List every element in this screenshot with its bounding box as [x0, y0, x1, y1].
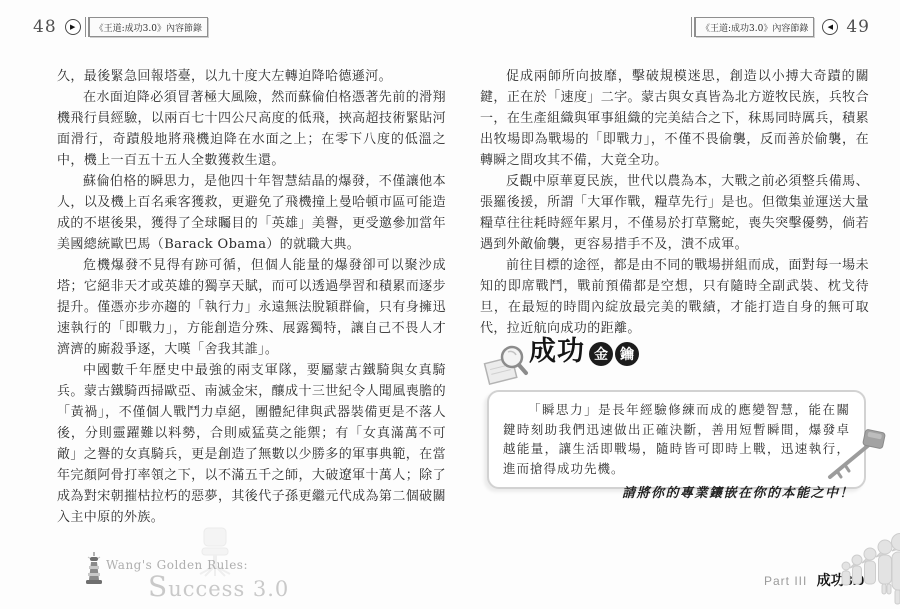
paragraph: 前往目標的途徑，都是由不同的戰場拼組而成，面對每一場未知的即席戰鬥，戰前預備都是…	[480, 255, 869, 339]
play-glyph: ▶	[70, 24, 75, 31]
part-label: Part III	[764, 574, 807, 588]
paragraph: 在水面迫降必須冒著極大風險，然而蘇倫伯格憑著先前的滑翔機飛行員經驗，以兩百七十四…	[57, 87, 446, 171]
header-badge-right: 《王道:成功3.0》內容節錄	[695, 17, 814, 37]
next-page-icon: ▶	[65, 19, 81, 35]
page-number-right: 49	[846, 17, 870, 37]
paragraph: 蘇倫伯格的瞬思力，是他四十年智慧結晶的爆發，不僅讓他本人，以及機上百名乘客獲救，…	[57, 171, 446, 255]
paragraph: 中國數千年歷史中最強的兩支軍隊，要屬蒙古鐵騎與女真騎兵。蒙古鐵騎西掃歐亞、南滅金…	[57, 360, 446, 528]
heading-circle-char-2: 鑰	[615, 342, 639, 366]
success-key-box: 「瞬思力」是長年經驗修練而成的應變智慧，能在關鍵時刻助我們迅速做出正確決斷，善用…	[487, 390, 866, 489]
lighthouse-icon	[84, 552, 104, 592]
paragraph: 促成兩師所向披靡，擊破規模迷思，創造以小搏大奇蹟的關鍵，正在於「速度」二字。蒙古…	[480, 66, 869, 171]
brand-footer: Wang's Golden Rules: Success 3.0	[84, 548, 304, 603]
left-page-body: 久，最後緊急回報塔臺，以九十度大左轉迫降哈德遜河。 在水面迫降必須冒著極大風險，…	[57, 66, 446, 528]
brand-title: Success 3.0	[148, 570, 289, 603]
prev-page-icon: ◀	[822, 19, 838, 35]
success-key-caption: 請將你的專業鑲嵌在你的本能之中！	[622, 482, 854, 501]
header-badge-left: 《王道:成功3.0》內容節錄	[89, 17, 208, 37]
paragraph: 久，最後緊急回報塔臺，以九十度大左轉迫降哈德遜河。	[57, 66, 446, 87]
success-key-text: 「瞬思力」是長年經驗修練而成的應變智慧，能在關鍵時刻助我們迅速做出正確決斷，善用…	[503, 400, 850, 478]
left-page-header: 48 ▶ 《王道:成功3.0》內容節錄	[33, 17, 208, 37]
key-icon	[824, 427, 890, 489]
book-spread: { "icons": { "next_glyph": "▶", "prev_gl…	[0, 0, 900, 609]
megaphone-people-icon	[840, 532, 900, 609]
right-page-body: 促成兩師所向披靡，擊破規模迷思，創造以小搏大奇蹟的關鍵，正在於「速度」二字。蒙古…	[480, 66, 869, 339]
paragraph: 危機爆發不見得有跡可循，但個人能量的爆發卻可以聚沙成塔；它絕非天才或英雄的獨享天…	[57, 255, 446, 360]
paragraph: 反觀中原華夏民族，世代以農為本，大戰之前必須整兵備馬、張羅後援，所謂「大軍作戰，…	[480, 171, 869, 255]
right-page-header: 《王道:成功3.0》內容節錄 ◀ 49	[695, 17, 870, 37]
heading-text: 成功	[529, 338, 585, 365]
success-key-heading: 成功 金 鑰	[481, 338, 639, 369]
page-number-left: 48	[33, 17, 57, 37]
heading-circle-char-1: 金	[589, 342, 613, 366]
back-glyph: ◀	[828, 24, 833, 31]
